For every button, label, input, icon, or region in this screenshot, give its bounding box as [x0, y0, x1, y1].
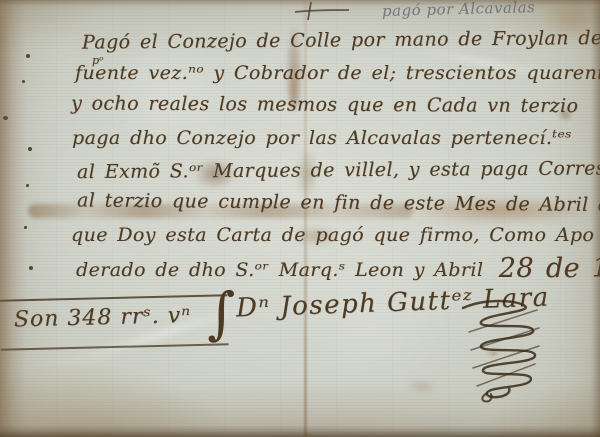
- ink-speck: [22, 80, 25, 83]
- ink-speck: [28, 147, 32, 151]
- ink-speck: [24, 226, 27, 229]
- amount-box: Son 348 rrˢ. vⁿ ∫: [0, 294, 229, 351]
- manuscript-page: pagó por Alcavalas pᵒ Pagó el Conzejo de…: [0, 0, 600, 437]
- manuscript-line: y ocho reales los mesmos que en Cada vn …: [71, 87, 600, 123]
- manuscript-line: fuente vez.ⁿᵒ y Cobrador de el; trescien…: [75, 57, 600, 90]
- rubric-flourish: [455, 298, 550, 403]
- ink-speck: [26, 54, 30, 58]
- amount-closing-brace: ∫: [206, 286, 237, 343]
- manuscript-line: al Exmõ S.ᵒʳ Marques de villel, y esta p…: [77, 152, 600, 189]
- manuscript-line: paga dho Conzejo por las Alcavalas perte…: [72, 122, 600, 155]
- manuscript-line: Pagó el Conzejo de Colle por mano de Fro…: [82, 21, 600, 59]
- date-text: 28 de 1779.: [499, 253, 600, 286]
- ink-speck: [29, 266, 33, 270]
- closing-line-text: derado de dho S.ᵒʳ Marq.ˢ Leon y Abril: [76, 259, 483, 281]
- ink-speck: [3, 116, 8, 120]
- manuscript-line: derado de dho S.ᵒʳ Marq.ˢ Leon y Abril 2…: [76, 252, 600, 285]
- manuscript-body: Pagó el Conzejo de Colle por mano de Fro…: [70, 24, 600, 284]
- ink-speck: [26, 184, 29, 187]
- amount-text: Son 348 rrˢ. vⁿ: [14, 303, 192, 332]
- manuscript-line: al terzio que cumple en fin de este Mes …: [77, 184, 600, 222]
- manuscript-line: que Doy esta Carta de pagó que firmo, Co…: [71, 219, 600, 252]
- cross-icon: [293, 1, 351, 21]
